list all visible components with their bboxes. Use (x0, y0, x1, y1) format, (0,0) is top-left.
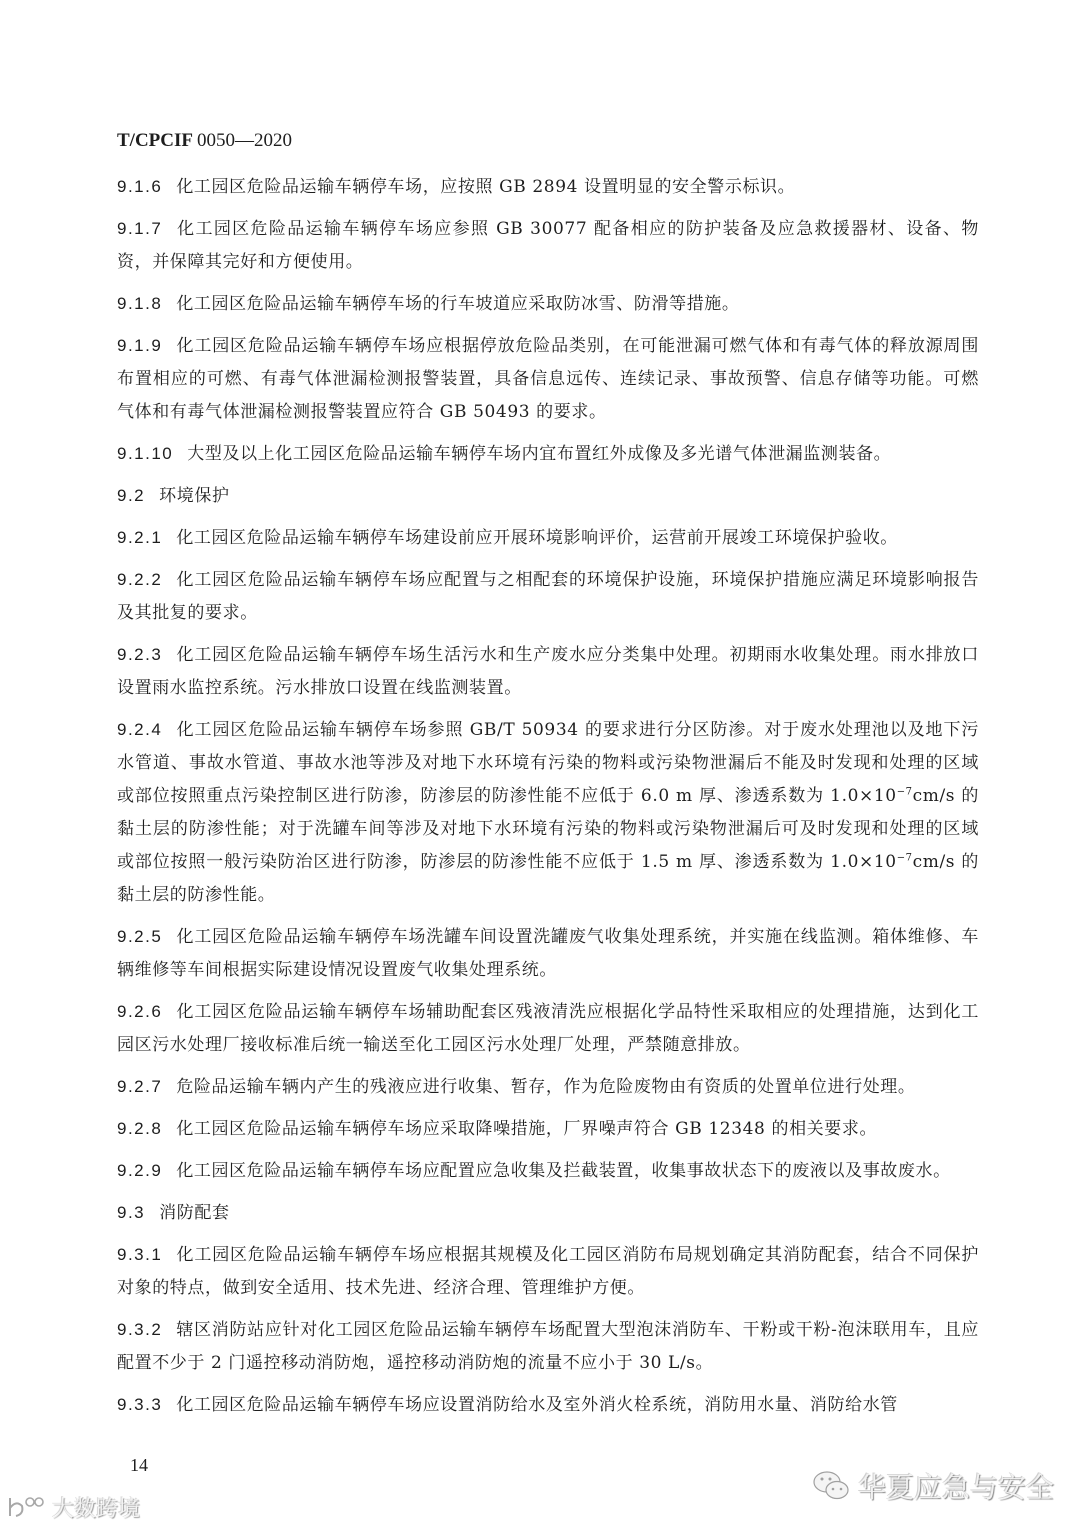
clause-text: 化工园区危险品运输车辆停车场的行车坡道应采取防冰雪、防滑等措施。 (176, 294, 739, 314)
clause-number: 9.2.9 (117, 1161, 162, 1180)
clause-text: 化工园区危险品运输车辆停车场建设前应开展环境影响评价，运营前开展竣工环境保护验收… (176, 528, 898, 548)
clause-9-3-3: 9.3.3化工园区危险品运输车辆停车场应设置消防给水及室外消火栓系统，消防用水量… (117, 1388, 979, 1422)
clause-9-1-10: 9.1.10大型及以上化工园区危险品运输车辆停车场内宜布置红外成像及多光谱气体泄… (117, 437, 979, 471)
clause-text: 辖区消防站应针对化工园区危险品运输车辆停车场配置大型泡沫消防车、干粉或干粉-泡沫… (117, 1320, 979, 1373)
clause-9-2-7: 9.2.7危险品运输车辆内产生的残液应进行收集、暂存，作为危险废物由有资质的处置… (117, 1070, 979, 1104)
clause-number: 9.3.3 (117, 1395, 162, 1414)
clause-number: 9.2.6 (117, 1002, 162, 1021)
clause-text: 化工园区危险品运输车辆停车场应配置与之相配套的环境保护设施，环境保护措施应满足环… (117, 570, 979, 623)
section-title: 环境保护 (159, 486, 229, 506)
clause-9-1-6: 9.1.6化工园区危险品运输车辆停车场，应按照 GB 2894 设置明显的安全警… (117, 170, 979, 204)
clause-9-2-9: 9.2.9化工园区危险品运输车辆停车场应配置应急收集及拦截装置，收集事故状态下的… (117, 1154, 979, 1188)
exponent: −7 (897, 852, 913, 863)
clause-9-1-9: 9.1.9化工园区危险品运输车辆停车场应根据停放危险品类别，在可能泄漏可燃气体和… (117, 329, 979, 429)
watermark-brand: 大数跨境 (6, 1492, 140, 1522)
brand-logo-icon (6, 1494, 46, 1520)
standard-prefix: T/CPCIF (117, 130, 192, 151)
section-title: 消防配套 (159, 1203, 229, 1223)
clause-text: 化工园区危险品运输车辆停车场应参照 GB 30077 配备相应的防护装备及应急救… (117, 219, 979, 272)
clause-text: 化工园区危险品运输车辆停车场应设置消防给水及室外消火栓系统，消防用水量、消防给水… (176, 1395, 898, 1415)
clause-text: 化工园区危险品运输车辆停车场，应按照 GB 2894 设置明显的安全警示标识。 (176, 177, 795, 197)
clause-text: 化工园区危险品运输车辆停车场参照 GB/T 50934 的要求进行分区防渗。对于… (117, 720, 979, 806)
watermark-wechat: 华夏应急与安全 (812, 1466, 1054, 1506)
clause-number: 9.3.1 (117, 1245, 162, 1264)
watermark-left-text: 大数跨境 (52, 1492, 140, 1523)
document-body: 9.1.6化工园区危险品运输车辆停车场，应按照 GB 2894 设置明显的安全警… (117, 170, 979, 1430)
clause-9-2-1: 9.2.1化工园区危险品运输车辆停车场建设前应开展环境影响评价，运营前开展竣工环… (117, 521, 979, 555)
clause-text: 化工园区危险品运输车辆停车场应根据停放危险品类别，在可能泄漏可燃气体和有毒气体的… (117, 336, 979, 422)
watermark-right-text: 华夏应急与安全 (858, 1466, 1054, 1506)
clause-9-2-2: 9.2.2化工园区危险品运输车辆停车场应配置与之相配套的环境保护设施，环境保护措… (117, 563, 979, 630)
clause-number: 9.3.2 (117, 1320, 162, 1339)
clause-number: 9.2.5 (117, 927, 162, 946)
clause-9-3-1: 9.3.1化工园区危险品运输车辆停车场应根据其规模及化工园区消防布局规划确定其消… (117, 1238, 979, 1305)
clause-9-2-5: 9.2.5化工园区危险品运输车辆停车场洗罐车间设置洗罐废气收集处理系统，并实施在… (117, 920, 979, 987)
clause-9-2-4: 9.2.4化工园区危险品运输车辆停车场参照 GB/T 50934 的要求进行分区… (117, 713, 979, 912)
clause-text: 化工园区危险品运输车辆停车场应采取降噪措施，厂界噪声符合 GB 12348 的相… (176, 1119, 877, 1139)
clause-number: 9.2.2 (117, 570, 162, 589)
clause-text: 化工园区危险品运输车辆停车场应配置应急收集及拦截装置，收集事故状态下的废液以及事… (176, 1161, 950, 1181)
section-number: 9.2 (117, 486, 145, 505)
clause-9-1-8: 9.1.8化工园区危险品运输车辆停车场的行车坡道应采取防冰雪、防滑等措施。 (117, 287, 979, 321)
clause-9-3-2: 9.3.2辖区消防站应针对化工园区危险品运输车辆停车场配置大型泡沫消防车、干粉或… (117, 1313, 979, 1380)
clause-9-2-6: 9.2.6化工园区危险品运输车辆停车场辅助配套区残液清洗应根据化学品特性采取相应… (117, 995, 979, 1062)
clause-text: 化工园区危险品运输车辆停车场生活污水和生产废水应分类集中处理。初期雨水收集处理。… (117, 645, 979, 698)
clause-number: 9.1.7 (117, 219, 162, 238)
section-heading-9-3: 9.3消防配套 (117, 1196, 979, 1230)
clause-number: 9.2.1 (117, 528, 162, 547)
clause-text: 化工园区危险品运输车辆停车场应根据其规模及化工园区消防布局规划确定其消防配套，结… (117, 1245, 979, 1298)
clause-number: 9.2.4 (117, 720, 162, 739)
clause-text: 大型及以上化工园区危险品运输车辆停车场内宜布置红外成像及多光谱气体泄漏监测装备。 (187, 444, 891, 464)
section-heading-9-2: 9.2环境保护 (117, 479, 979, 513)
clause-number: 9.1.9 (117, 336, 162, 355)
clause-text: 化工园区危险品运输车辆停车场洗罐车间设置洗罐废气收集处理系统，并实施在线监测。箱… (117, 927, 979, 980)
clause-number: 9.1.10 (117, 444, 173, 463)
clause-number: 9.2.7 (117, 1077, 162, 1096)
section-number: 9.3 (117, 1203, 145, 1222)
standard-number: 0050—2020 (197, 130, 292, 151)
wechat-icon (812, 1469, 852, 1503)
clause-number: 9.1.8 (117, 294, 162, 313)
clause-number: 9.2.8 (117, 1119, 162, 1138)
clause-text: 化工园区危险品运输车辆停车场辅助配套区残液清洗应根据化学品特性采取相应的处理措施… (117, 1002, 979, 1055)
clause-9-2-3: 9.2.3化工园区危险品运输车辆停车场生活污水和生产废水应分类集中处理。初期雨水… (117, 638, 979, 705)
exponent: −7 (897, 786, 913, 797)
clause-number: 9.2.3 (117, 645, 162, 664)
standard-code: T/CPCIF 0050—2020 (117, 130, 292, 152)
clause-9-1-7: 9.1.7化工园区危险品运输车辆停车场应参照 GB 30077 配备相应的防护装… (117, 212, 979, 279)
clause-text: 危险品运输车辆内产生的残液应进行收集、暂存，作为危险废物由有资质的处置单位进行处… (176, 1077, 915, 1097)
page-number: 14 (130, 1455, 148, 1476)
clause-9-2-8: 9.2.8化工园区危险品运输车辆停车场应采取降噪措施，厂界噪声符合 GB 123… (117, 1112, 979, 1146)
clause-number: 9.1.6 (117, 177, 162, 196)
